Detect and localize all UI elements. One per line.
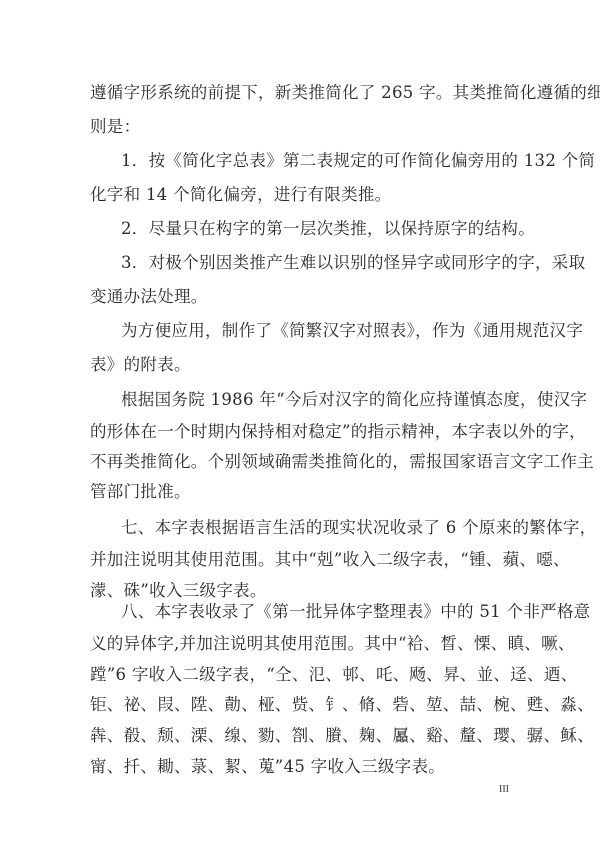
text-line: 1．按《简化字总表》第二表规定的可作简化偏旁用的 132 个简 xyxy=(121,151,510,171)
text-line: 遵循字形系统的前提下，新类推简化了 265 字。其类推简化遵循的细 xyxy=(90,83,510,103)
text-line: 甯、扦、耡、菉、絜、蒐”45 字收入三级字表。 xyxy=(90,757,510,777)
document-page: 遵循字形系统的前提下，新类推简化了 265 字。其类推简化遵循的细则是：1．按《… xyxy=(0,0,600,849)
text-line: 钜、祕、叚、陞、勣、桠、赀、钅、脩、砦、堃、喆、椀、甦、淼、 xyxy=(90,695,510,715)
text-line: 3．对极个别因类推产生难以识别的怪异字或同形字的字，采取 xyxy=(121,253,510,273)
text-line: 2．尽量只在构字的第一层次类推，以保持原字的结构。 xyxy=(121,219,510,239)
text-line: 根据国务院 1986 年“今后对汉字的简化应持谨慎态度，使汉字 xyxy=(121,390,510,410)
text-line: 八、本字表收录了《第一批异体字整理表》中的 51 个非严格意 xyxy=(121,602,510,622)
text-line: 为方便应用，制作了《简繁汉字对照表》，作为《通用规范汉字 xyxy=(121,321,510,341)
text-line: 濛、硃”收入三级字表。 xyxy=(90,581,510,601)
text-line: 蹚”6 字收入二级字表，“仝、氾、邨、吒、飏、昇、並、迳、迺、 xyxy=(90,665,510,685)
text-line: 义的异体字,并加注说明其使用范围。其中“袷、晳、慄、瞋、噘、 xyxy=(90,634,510,654)
text-line: 的形体在一个时期内保持相对稳定”的指示精神，本字表以外的字， xyxy=(90,422,510,442)
text-line: 管部门批准。 xyxy=(90,482,510,502)
text-line: 七、本字表根据语言生活的现实状况收录了 6 个原来的繁体字， xyxy=(121,518,510,538)
text-line: 化字和 14 个简化偏旁，进行有限类推。 xyxy=(90,185,510,205)
text-line: 并加注说明其使用范围。其中“剋”收入二级字表，“锺、蘋、噁、 xyxy=(90,550,510,570)
text-line: 表》的附表。 xyxy=(90,355,510,375)
text-line: 犇、殽、颓、溧、缐、勠、劄、賸、麹、屭、谿、釐、璎、骣、稣、 xyxy=(90,726,510,746)
text-line: 变通办法处理。 xyxy=(90,287,510,307)
text-line: 不再类推简化。个别领域确需类推简化的，需报国家语言文字工作主 xyxy=(90,452,510,472)
page-number: III xyxy=(499,784,509,795)
text-line: 则是： xyxy=(90,117,510,137)
